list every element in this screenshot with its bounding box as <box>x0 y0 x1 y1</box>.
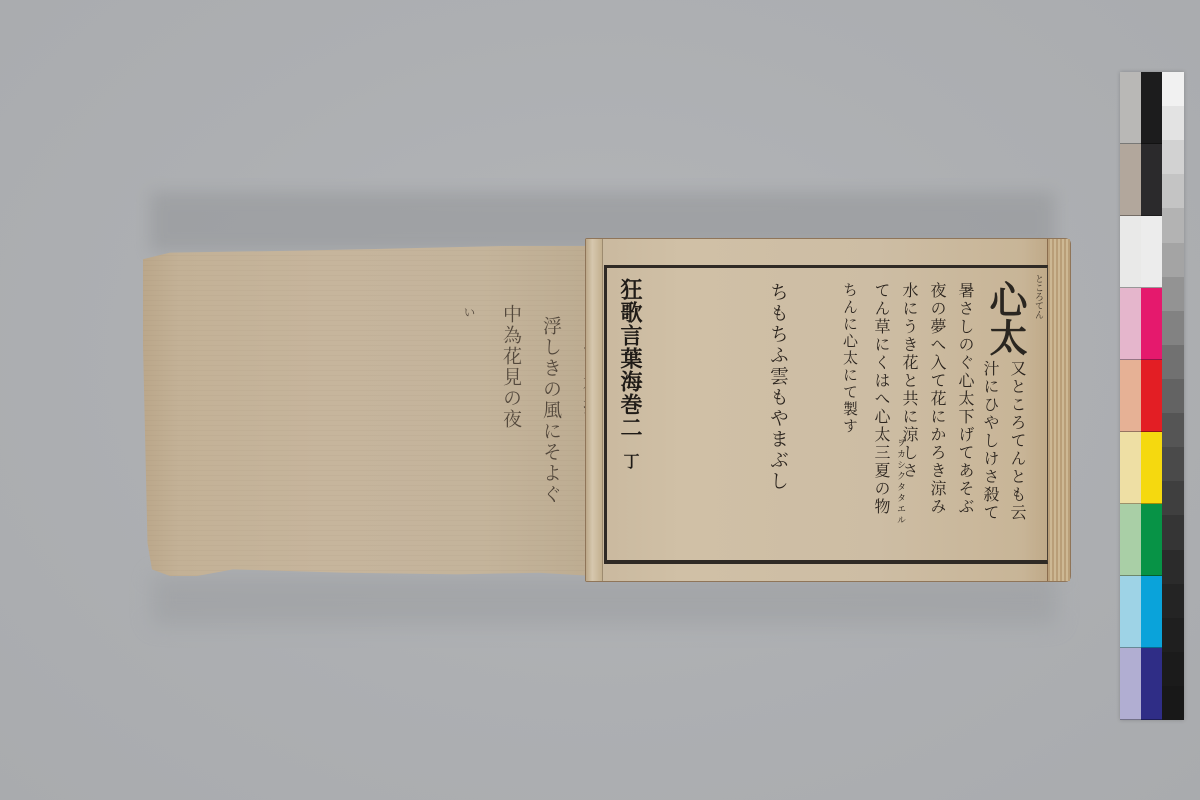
patch-b-2 <box>1141 216 1162 288</box>
patch-a-1 <box>1120 144 1141 216</box>
patch-b-6 <box>1141 504 1162 576</box>
patch-b-5 <box>1141 432 1162 504</box>
left-page: けふを初めの雪も やまほなへ御祝 春のめでたき流れに をりふし花探るも 浮しきの… <box>143 246 593 576</box>
gray-step-13 <box>1162 515 1184 549</box>
checker-gray-ramp <box>1162 72 1184 720</box>
gray-step-2 <box>1162 140 1184 174</box>
body-column-7: ちんに心太にて製す <box>840 282 861 435</box>
book: 狂歌言葉海巻二丁 ところてん 心太 又ところてんとも云 汁にひやしけさ殺て 暑さ… <box>585 238 1071 582</box>
book-shadow-bottom <box>152 575 1057 625</box>
heading-ruby: ところてん <box>1032 274 1045 319</box>
body-column-3: 暑さしのぐ心太下げてあそぶ <box>954 282 977 516</box>
patch-a-2 <box>1120 216 1141 288</box>
annotation: ヲカシクタタエル <box>894 438 907 526</box>
gray-step-8 <box>1162 345 1184 379</box>
printed-frame: 狂歌言葉海巻二丁 ところてん 心太 又ところてんとも云 汁にひやしけさ殺て 暑さ… <box>604 265 1048 564</box>
patch-a-5 <box>1120 432 1141 504</box>
book-spine <box>586 239 603 581</box>
gray-step-5 <box>1162 243 1184 277</box>
body-column-6: てん草にくはへ心太三夏の物 <box>870 282 893 516</box>
gray-step-3 <box>1162 174 1184 208</box>
entry-text: ところてん 心太 又ところてんとも云 汁にひやしけさ殺て 暑さしのぐ心太下げてあ… <box>607 268 1047 558</box>
page-edges <box>1047 239 1070 581</box>
left-column-5: 浮しきの風にそよぐ <box>538 316 565 505</box>
gray-step-1 <box>1162 106 1184 140</box>
patch-a-4 <box>1120 360 1141 432</box>
checker-column-primaries <box>1141 72 1162 720</box>
gray-step-10 <box>1162 413 1184 447</box>
entry-heading: 心太 <box>978 280 1033 356</box>
patch-b-0 <box>1141 72 1162 144</box>
gray-step-18 <box>1162 686 1184 720</box>
body-column-4: 夜の夢へ入て花にかろき涼み <box>926 282 949 516</box>
patch-a-6 <box>1120 504 1141 576</box>
color-calibration-chart <box>1120 72 1184 720</box>
patch-a-8 <box>1120 648 1141 720</box>
patch-b-3 <box>1141 288 1162 360</box>
gray-step-11 <box>1162 447 1184 481</box>
gray-step-12 <box>1162 481 1184 515</box>
left-column-6: 中為花見の夜 <box>498 304 525 430</box>
gray-step-6 <box>1162 277 1184 311</box>
patch-a-7 <box>1120 576 1141 648</box>
gray-step-0 <box>1162 72 1184 106</box>
patch-b-4 <box>1141 360 1162 432</box>
poem-column: ちもちふ雲もやまぶし <box>765 282 792 492</box>
patch-a-3 <box>1120 288 1141 360</box>
gray-step-9 <box>1162 379 1184 413</box>
gray-step-4 <box>1162 208 1184 242</box>
body-column-1: 又ところてんとも云 <box>1006 360 1029 522</box>
gray-step-14 <box>1162 550 1184 584</box>
body-column-2: 汁にひやしけさ殺て <box>979 360 1002 522</box>
gray-step-7 <box>1162 311 1184 345</box>
patch-b-1 <box>1141 144 1162 216</box>
gray-step-17 <box>1162 652 1184 686</box>
gray-step-16 <box>1162 618 1184 652</box>
left-column-7: い <box>461 306 478 320</box>
patch-b-8 <box>1141 648 1162 720</box>
patch-a-0 <box>1120 72 1141 144</box>
gray-step-15 <box>1162 584 1184 618</box>
checker-column-tints <box>1120 72 1141 720</box>
patch-b-7 <box>1141 576 1162 648</box>
